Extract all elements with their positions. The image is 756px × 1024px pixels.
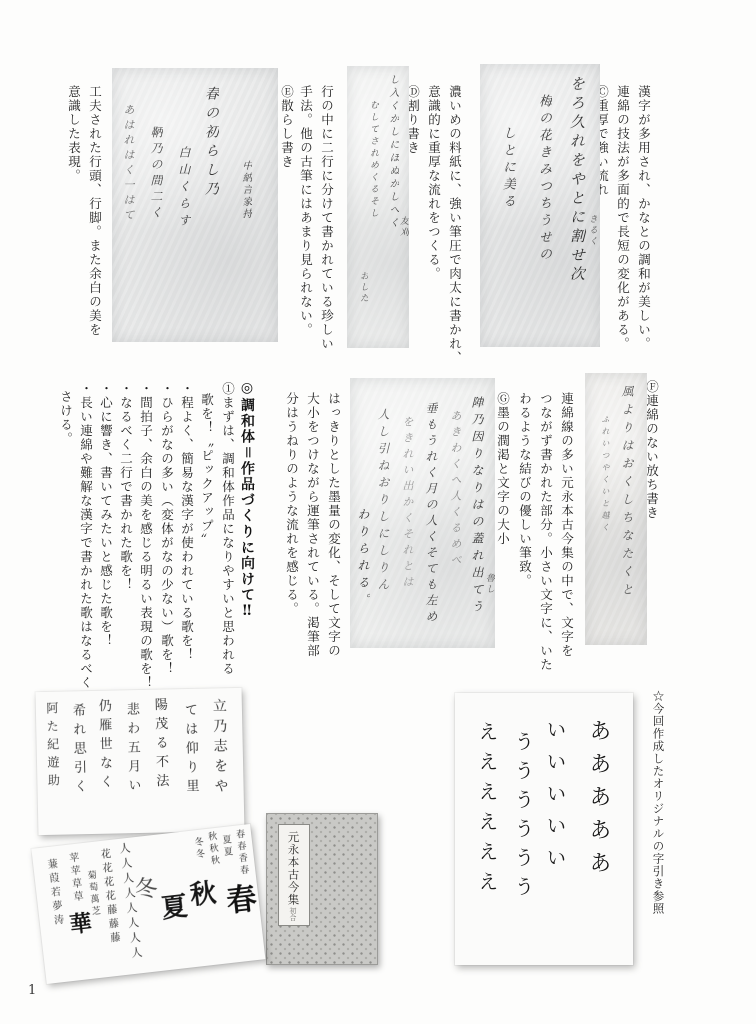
- section-e-label: Ⓔ散らし書き: [280, 85, 293, 169]
- section-g-desc-3: 分はうねりのような流れを感じる。: [285, 392, 298, 616]
- ink-column: 魯し: [484, 573, 493, 595]
- kana-column-i: いいいいい: [545, 719, 565, 879]
- large-character-summer: 夏: [157, 892, 186, 921]
- ink-column: しとに美る: [501, 126, 514, 211]
- ink-column: をろ久れをやとに割せ次: [569, 76, 584, 285]
- ink-column: 春春香春: [234, 829, 248, 878]
- large-character-spring: 春: [221, 882, 254, 915]
- large-character-autumn: 秋: [186, 879, 215, 908]
- ink-column: 仍雁世なく: [97, 699, 112, 794]
- section-e-desc-2: 意識した表現。: [67, 85, 80, 183]
- calligraphy-sample-d: し入くかしにほぬかしへく むしてされめくるそし 友刈 おした: [347, 66, 409, 348]
- kana-column-e: ええええええ: [477, 721, 497, 901]
- ink-column: 花花花花藤藤藤: [98, 848, 119, 947]
- ink-column: きるく: [587, 214, 596, 247]
- ink-column: 人し引ねおりしにしりん: [377, 408, 389, 595]
- kana-column-a: あああああ: [587, 719, 609, 884]
- ink-column: わりられる。: [357, 508, 369, 610]
- document-page: 漢字が多用され、かなとの調和が美しい。 連綿の技法が多面的で長短の変化がある。 …: [0, 0, 756, 1024]
- calligraphy-sample-g: 陣乃因りなりはの蓋れ出てう あきわくへ人くるめべ 垂もうれく月の人くそても左め …: [350, 378, 495, 648]
- intro-line-1: 漢字が多用され、かなとの調和が美しい。: [637, 85, 650, 351]
- ink-column: おした: [358, 271, 367, 304]
- ink-column: 希れ思引く: [71, 703, 86, 798]
- calligraphy-sample-f: 風よりはおくしちなたくと ふれいつやくいと越く: [585, 373, 647, 645]
- ink-column: 悲わ五月い: [125, 702, 140, 797]
- calligraphy-sample-c: をろ久れをやとに割せ次 梅の花きみつちうせの しとに美る きるく: [480, 64, 600, 347]
- ink-column: し入くかしにほぬかしへく: [387, 74, 397, 230]
- ink-column: ては仰り里: [183, 703, 198, 798]
- ink-column: 春の初らし乃: [204, 86, 218, 200]
- ink-column: 苹苹草草: [66, 852, 82, 905]
- reference-note: ☆今回作成したオリジナルの字引き参照: [652, 690, 664, 915]
- section-d-desc-2: 手法。他の古筆にはあまり見られない。: [299, 85, 312, 337]
- intro-line-2: 連綿の技法が多面的で長短の変化がある。: [616, 85, 629, 351]
- ink-column: 蒹葭若夢涛: [45, 858, 63, 929]
- section-f-desc-3: わるような結びの優しい筆致。: [518, 392, 531, 588]
- kana-practice-sheet: あああああ いいいいい うううううう ええええええ: [455, 693, 633, 965]
- ink-column: 梅の花きみつちうせの: [537, 94, 550, 264]
- ink-column: 友刈: [398, 216, 407, 238]
- handwriting-sheet-bottom: 春春香春 夏夏 秋秋秋 冬冬 春 秋 夏 冬 人人人人人人人人 花花花花藤藤藤 …: [31, 824, 265, 984]
- ink-column: 立乃志をや: [212, 698, 228, 798]
- howto-step-1-wrap: 歌を！〝ピックアップ〟: [200, 393, 213, 547]
- ink-column: 陣乃因りなりはの蓋れ出てう: [471, 396, 483, 617]
- section-e-desc-1: 工夫された行頭、行脚。また余白の美を: [88, 85, 101, 337]
- section-c-desc-1: 濃いめの料紙に、強い筆圧で肉太に書かれ、: [448, 85, 461, 365]
- howto-bullet-3: ・間拍子、余白の美を感じる明るい表現の歌を！: [139, 382, 152, 690]
- howto-bullet-2: ・ひらがなの多い（変体がなの少ない）歌を！: [160, 382, 173, 676]
- section-g-label: Ⓖ墨の潤渇と文字の大小: [496, 392, 509, 546]
- ink-column: 冬冬: [192, 837, 204, 862]
- ink-column: 人人人人人人人人: [118, 842, 143, 962]
- ink-column: 垂もうれく月の人くそても左め: [425, 402, 437, 626]
- howto-bullet-6-wrap: さける。: [59, 390, 72, 446]
- ink-column: あはれはく一はて: [123, 104, 134, 224]
- kana-column-u: うううううう: [513, 731, 533, 905]
- calligraphy-sample-e: 中納言家持 春の初らし乃 白山くらす 鞆乃の間二く あはれはく一はて: [112, 68, 278, 342]
- ink-column: 夏夏: [220, 834, 232, 859]
- ink-column: 中納言家持: [240, 160, 250, 220]
- section-g-desc-2: 大小をつけながら運筆されている。渇筆部: [306, 392, 319, 658]
- ink-column: 風よりはおくしちなたくと: [621, 385, 633, 601]
- ink-column: むしてされめくるそし: [368, 100, 377, 220]
- large-character-hana: 華: [67, 911, 91, 935]
- book-title-sub: 初合: [289, 907, 296, 921]
- ink-column: 陽茂る不法: [153, 697, 168, 792]
- howto-heading: ◎調和体＝作品づくりに向けて‼: [240, 380, 254, 621]
- howto-bullet-6: ・長い連綿や難解な漢字で書かれた歌はなるべく: [79, 382, 92, 690]
- howto-bullet-5: ・心に響き、書いてみたいと感じた歌を！: [99, 382, 112, 648]
- howto-step-1: ①まずは、調和体作品になりやすいと思われる: [221, 382, 234, 676]
- ink-column: 白山くらす: [178, 146, 190, 231]
- book-title-slip: 元永本古今集 初合: [278, 824, 310, 926]
- ink-column: ふれいつやくいと越く: [601, 415, 609, 535]
- ink-column: 阿た紀遊助: [46, 702, 60, 792]
- section-f-desc-1: 連綿線の多い元永本古今集の中で、文字を: [560, 392, 573, 658]
- section-c-desc-2: 意識的に重厚な流れをつくる。: [427, 85, 440, 281]
- section-g-desc-1: はっきりとした墨量の変化、そして文字の: [327, 392, 340, 658]
- page-number: 1: [28, 983, 36, 998]
- ink-column: 鞆乃の間二く: [150, 126, 162, 222]
- ink-column: をきれい出かくそれとは: [402, 416, 413, 592]
- handwriting-sheet-top: 立乃志をや ては仰り里 陽茂る不法 悲わ五月い 仍雁世なく 希れ思引く 阿た紀遊…: [36, 688, 245, 835]
- section-d-desc-1: 行の中に二行に分けて書かれている珍しい: [320, 85, 333, 351]
- howto-bullet-1: ・程よく、簡易な漢字が使われている歌を！: [180, 382, 193, 662]
- howto-bullet-4: ・なるべく二行で書かれた歌を！: [119, 382, 132, 592]
- book-title: 元永本古今集: [287, 831, 299, 906]
- book-cover: 元永本古今集 初合: [266, 813, 378, 965]
- section-f-desc-2: つながず書かれた部分。小さい文字に、いた: [539, 392, 552, 672]
- ink-column: あきわくへ人くるめべ: [450, 410, 461, 570]
- ink-column: 秋秋秋: [206, 831, 219, 868]
